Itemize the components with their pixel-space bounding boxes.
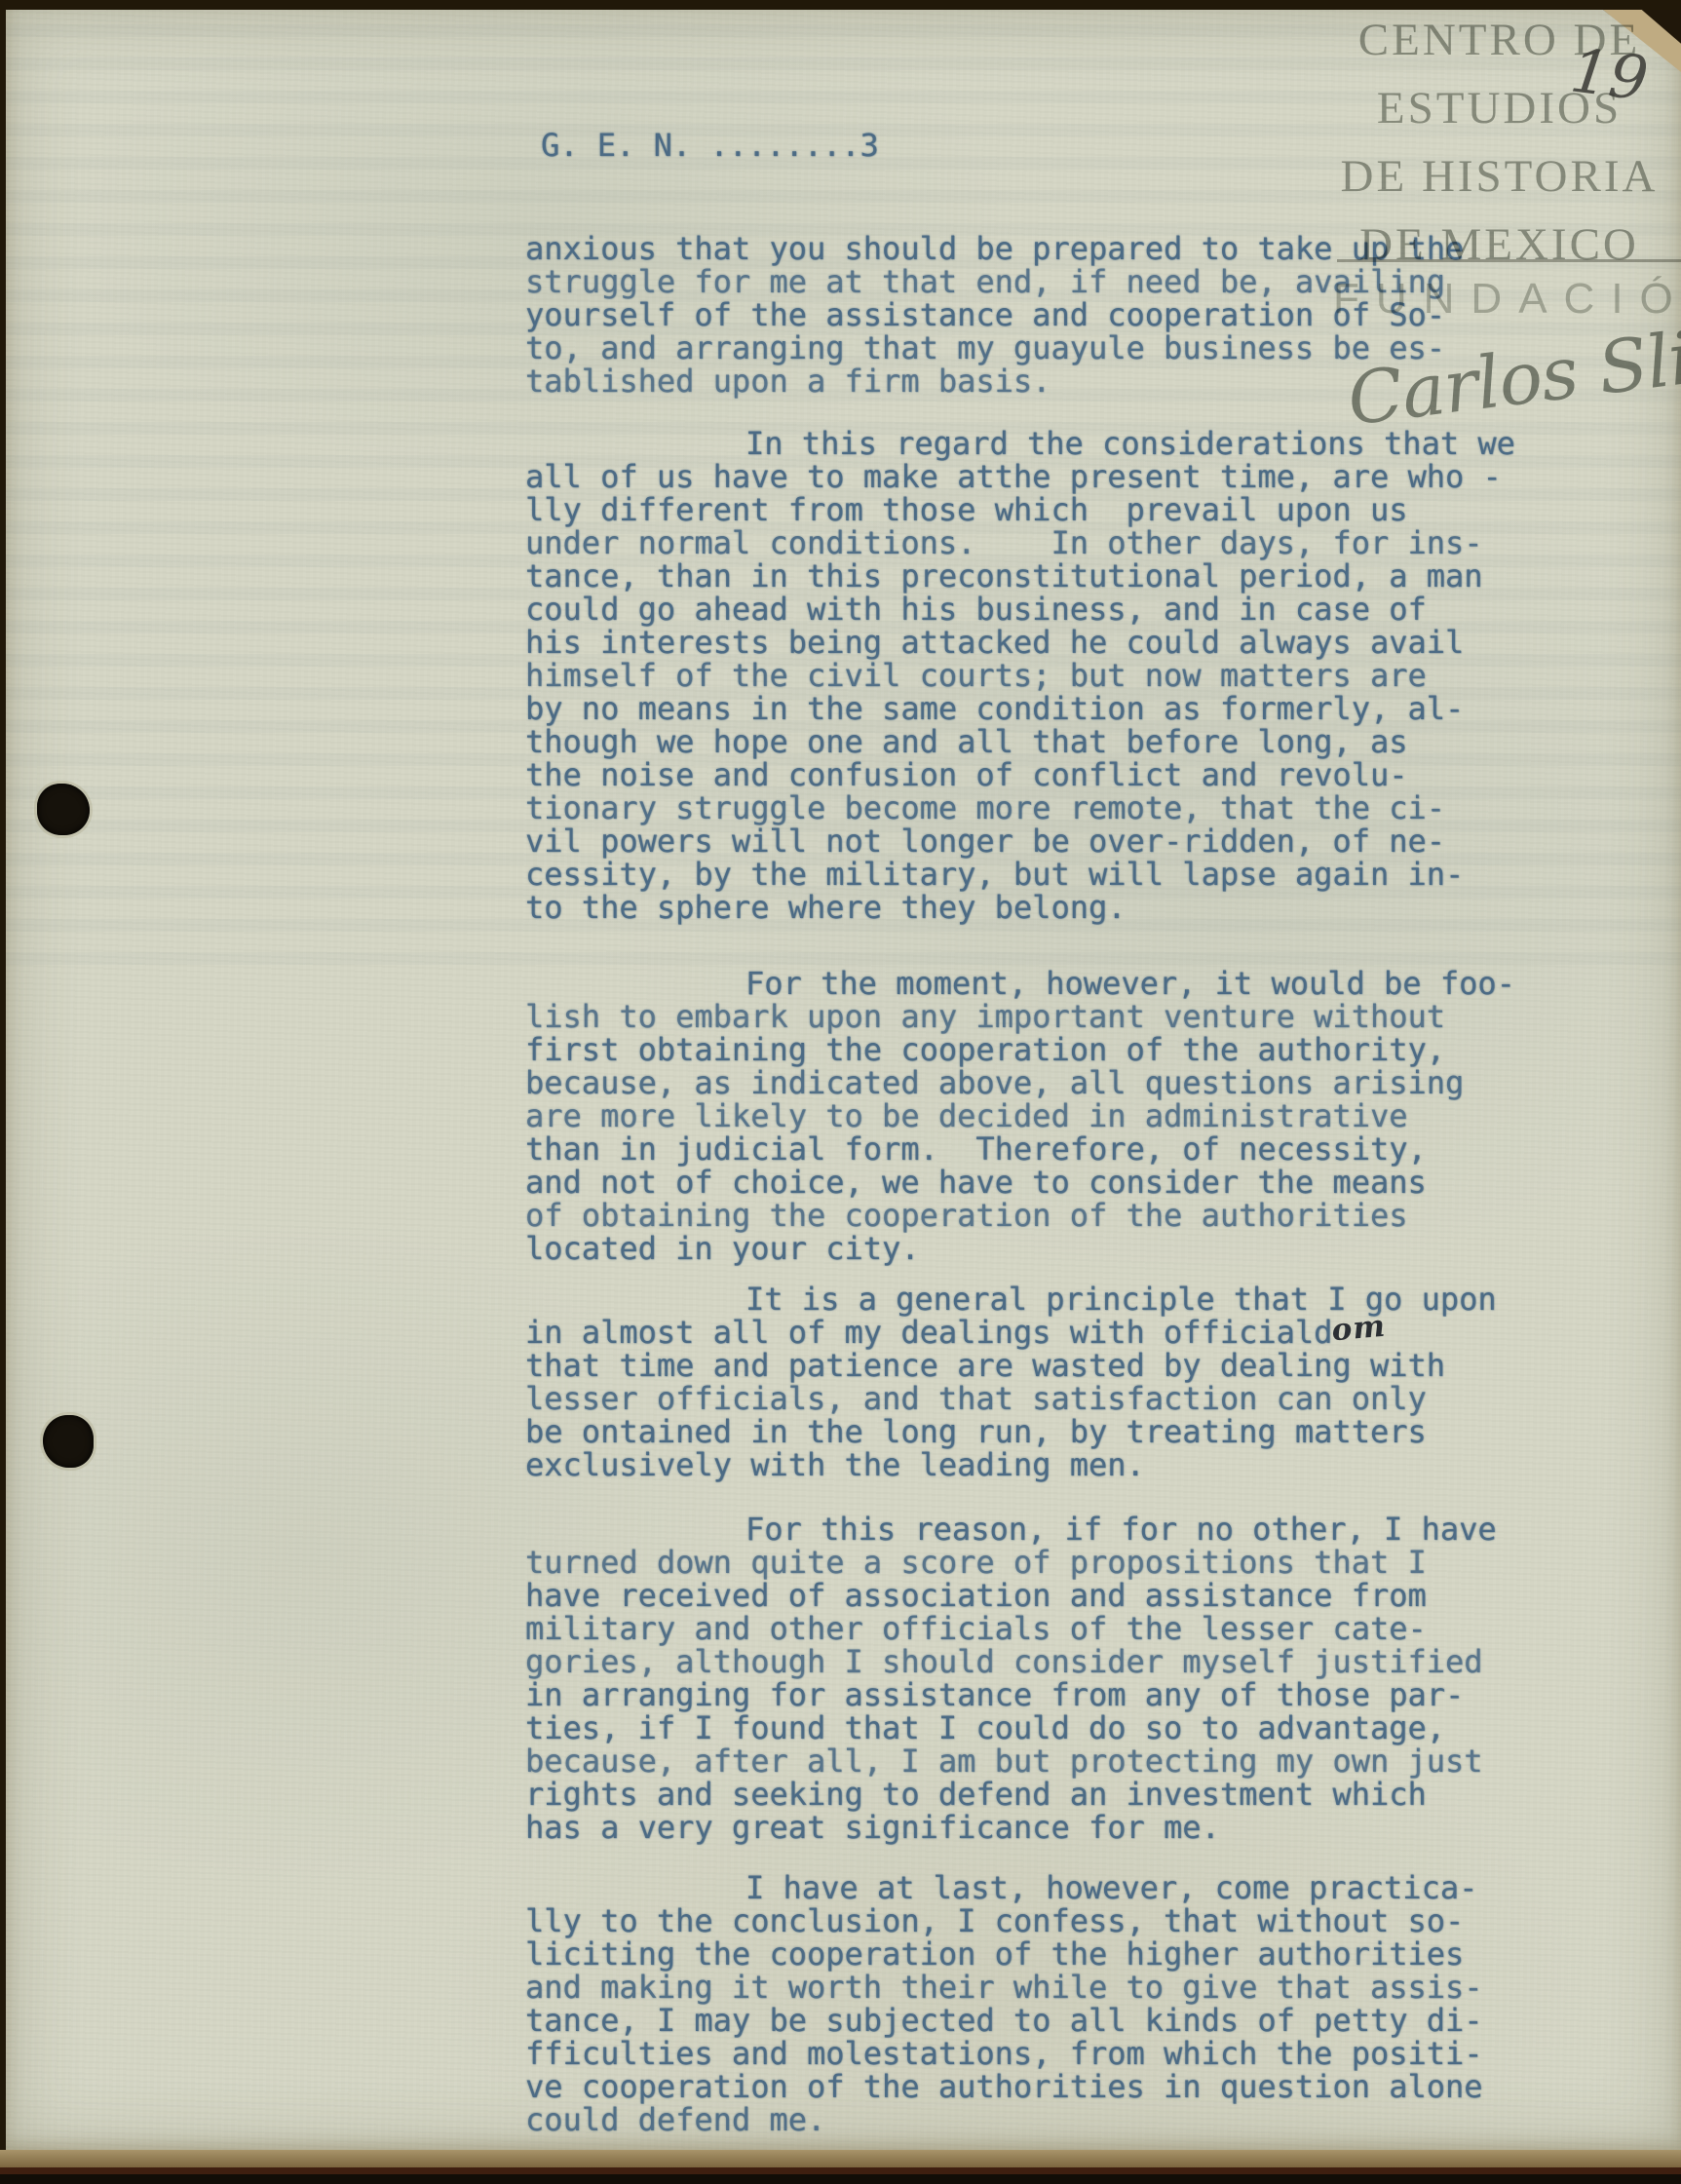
typed-line: and not of choice, we have to consider t…: [525, 1166, 1578, 1199]
typed-line: struggle for me at that end, if need be,…: [525, 265, 1578, 298]
typed-line: cessity, by the military, but will lapse…: [525, 858, 1578, 891]
typed-line: tance, I may be subjected to all kinds o…: [525, 2004, 1578, 2037]
typed-line: could defend me.: [525, 2103, 1578, 2136]
paragraph-2: In this regard the considerations that w…: [525, 427, 1578, 924]
paragraph-1: anxious that you should be prepared to t…: [525, 232, 1578, 398]
typed-line: by no means in the same condition as for…: [525, 692, 1578, 725]
typed-line: has a very great significance for me.: [525, 1811, 1578, 1844]
typed-line: to the sphere where they belong.: [525, 891, 1578, 924]
typed-line: in arranging for assistance from any of …: [525, 1678, 1578, 1711]
typed-line: vil powers will not longer be over-ridde…: [525, 824, 1578, 858]
punch-hole-top: [37, 784, 90, 835]
letter-body: anxious that you should be prepared to t…: [525, 232, 1578, 2165]
typed-line: all of us have to make atthe present tim…: [525, 460, 1578, 493]
typed-line: the noise and confusion of conflict and …: [525, 758, 1578, 791]
typed-line: be ontained in the long run, by treating…: [525, 1415, 1578, 1448]
typed-line: I have at last, however, come practica-: [525, 1871, 1578, 1904]
typed-line: In this regard the considerations that w…: [525, 427, 1578, 460]
typed-line: liciting the cooperation of the higher a…: [525, 1937, 1578, 1971]
paragraph-6: I have at last, however, come practica-l…: [525, 1871, 1578, 2136]
typed-line: to, and arranging that my guayule busine…: [525, 331, 1578, 364]
typed-line: though we hope one and all that before l…: [525, 725, 1578, 758]
typed-line: lish to embark upon any important ventur…: [525, 1000, 1578, 1033]
typed-line: It is a general principle that I go upon: [525, 1283, 1578, 1316]
typed-line: lesser officials, and that satisfaction …: [525, 1382, 1578, 1415]
paragraph-5: For this reason, if for no other, I have…: [525, 1513, 1578, 1844]
typed-line: rights and seeking to defend an investme…: [525, 1778, 1578, 1811]
typed-line: turned down quite a score of proposition…: [525, 1546, 1578, 1579]
page-bottom-edge: [0, 2150, 1681, 2167]
typed-line: could go ahead with his business, and in…: [525, 593, 1578, 626]
typed-line: because, as indicated above, all questio…: [525, 1066, 1578, 1099]
typed-line: For the moment, however, it would be foo…: [525, 967, 1578, 1000]
document-page: G. E. N. ........3 anxious that you shou…: [6, 10, 1681, 2154]
scanned-document: G. E. N. ........3 anxious that you shou…: [0, 0, 1681, 2184]
typed-line-fragment: in almost all of my dealings with offici…: [525, 1314, 1332, 1351]
typed-line: because, after all, I am but protecting …: [525, 1744, 1578, 1778]
handwritten-insertion: om: [1331, 1310, 1388, 1348]
typed-line: lly different from those which prevail u…: [525, 493, 1578, 526]
typed-line: lly to the conclusion, I confess, that w…: [525, 1904, 1578, 1937]
paragraph-3: For the moment, however, it would be foo…: [525, 967, 1578, 1265]
typed-line: ve cooperation of the authorities in que…: [525, 2070, 1578, 2103]
typed-line: anxious that you should be prepared to t…: [525, 232, 1578, 265]
typed-line: tionary struggle become more remote, tha…: [525, 791, 1578, 824]
typed-line: located in your city.: [525, 1232, 1578, 1265]
scan-edge-accent: [0, 2167, 1681, 2174]
punch-hole-bottom: [43, 1415, 94, 1468]
typed-line: yourself of the assistance and cooperati…: [525, 298, 1578, 331]
typed-line: under normal conditions. In other days, …: [525, 526, 1578, 559]
typed-line: in almost all of my dealings with offici…: [525, 1316, 1578, 1349]
typed-line: military and other officials of the less…: [525, 1612, 1578, 1645]
typed-line: For this reason, if for no other, I have: [525, 1513, 1578, 1546]
page-number-annotation: 19: [1567, 34, 1652, 114]
typed-line: of obtaining the cooperation of the auth…: [525, 1199, 1578, 1232]
typed-line: first obtaining the cooperation of the a…: [525, 1033, 1578, 1066]
typed-line: fficulties and molestations, from which …: [525, 2037, 1578, 2070]
typed-line: exclusively with the leading men.: [525, 1448, 1578, 1481]
typed-line: his interests being attacked he could al…: [525, 626, 1578, 659]
paragraph-4: It is a general principle that I go upon…: [525, 1283, 1578, 1481]
typed-line: tance, than in this preconstitutional pe…: [525, 559, 1578, 593]
typed-line: have received of association and assista…: [525, 1579, 1578, 1612]
typed-line: ties, if I found that I could do so to a…: [525, 1711, 1578, 1744]
typed-line: are more likely to be decided in adminis…: [525, 1099, 1578, 1132]
typed-line: gories, although I should consider mysel…: [525, 1645, 1578, 1678]
typed-line: tablished upon a firm basis.: [525, 364, 1578, 398]
typed-line: that time and patience are wasted by dea…: [525, 1349, 1578, 1382]
reference-header: G. E. N. ........3: [541, 129, 879, 162]
typed-line: and making it worth their while to give …: [525, 1971, 1578, 2004]
typed-line: himself of the civil courts; but now mat…: [525, 659, 1578, 692]
typed-line: than in judicial form. Therefore, of nec…: [525, 1132, 1578, 1166]
scan-edge-bottom: [0, 2174, 1681, 2184]
